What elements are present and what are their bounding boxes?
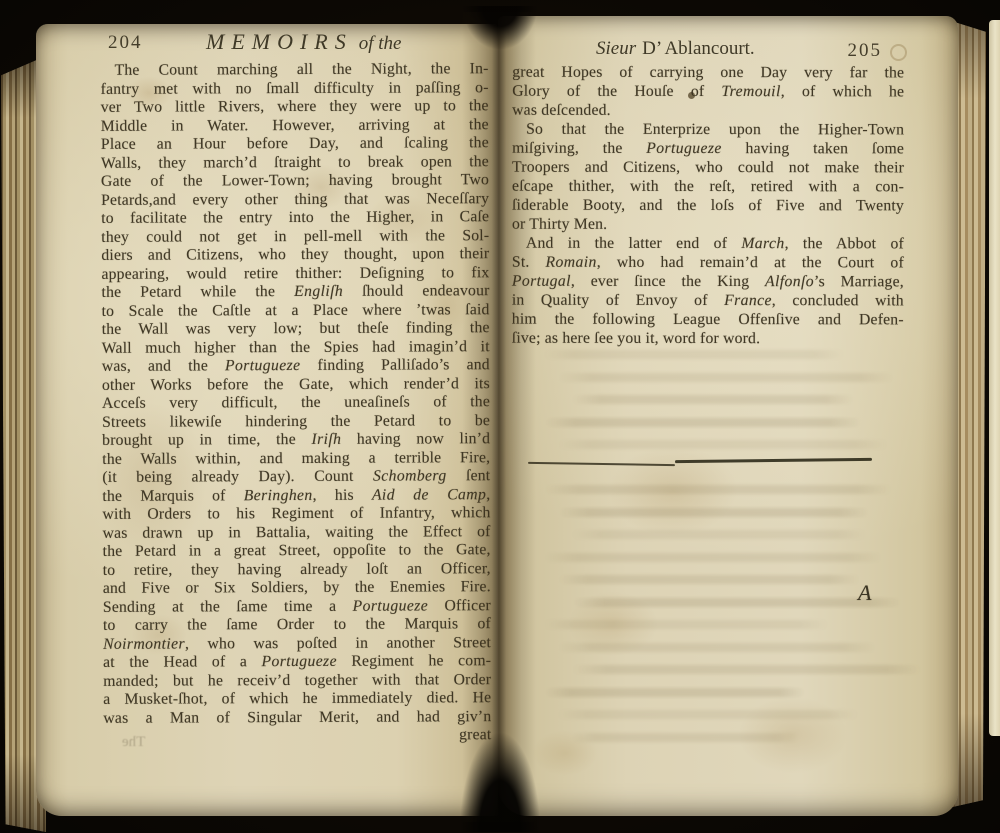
right-page: SieurD’ Ablancourt. 205 great Hopes of c… (498, 16, 958, 816)
text-line: (it being already Day). Count Schomberg … (102, 467, 490, 487)
book-scan: 204 MEMOIRS of the The Count marching al… (0, 0, 1000, 833)
showthrough-row (558, 575, 860, 584)
text-line: the Petard in a great Street, oppoſite t… (103, 541, 491, 561)
text-line: was a Man of Singular Merit, and had giv… (103, 708, 491, 728)
paper-stain (532, 730, 598, 776)
running-title-right: SieurD’ Ablancourt. (596, 38, 755, 60)
text-line: the Marquis of Beringhen, his Aid de Cam… (102, 486, 490, 506)
text-line: Petards,and every other thing that was N… (101, 190, 489, 210)
text-line: Middle in Water. However, arriving at th… (101, 116, 489, 136)
text-line: Place an Hour before Day, and ſcaling th… (101, 134, 489, 154)
showthrough-row (558, 373, 894, 382)
running-title-italic-word: Sieur (596, 38, 636, 59)
text-line: Streets likewiſe hindering the Petard to… (102, 412, 490, 432)
text-line: Walls, they march’d ſtraight to break op… (101, 153, 489, 173)
text-line: miſgiving, the Portugueze having taken ſ… (512, 139, 904, 159)
running-title-rest: D’ Ablancourt. (642, 38, 755, 59)
showthrough-lines (526, 350, 908, 755)
section-rule-left-segment (528, 462, 675, 466)
running-title-caps: MEMOIRS (206, 29, 353, 54)
signature-mark: A (858, 580, 871, 606)
showthrough-row (544, 418, 862, 427)
showthrough-row (558, 440, 888, 449)
showthrough-row (572, 530, 866, 539)
text-line: fantry met with no ſmall difficulty in p… (101, 79, 489, 99)
text-line: to carry the ſame Order to the Marquis o… (103, 615, 491, 635)
paper-stain (890, 44, 907, 61)
body-text-left: The Count marching all the Night, the In… (101, 60, 492, 746)
text-line: at the Head of a Portugueze Regiment he … (103, 652, 491, 672)
text-line: Troopers and Citizens, who could not mak… (512, 158, 904, 178)
text-line: other Works before the Gate, which rende… (102, 375, 490, 395)
running-title-tail: of the (359, 33, 402, 54)
text-line: him the following League Offenſive and D… (512, 310, 904, 330)
text-line: to Scale the Caſtle at a Place where ’tw… (102, 301, 490, 321)
showthrough-row (572, 665, 922, 674)
text-line: in Quality of Envoy of France, concluded… (512, 291, 904, 311)
text-line: eſcape thither, with the reſt, retired w… (512, 177, 904, 197)
page-number-left: 204 (108, 32, 143, 54)
text-line: Portugal, ever ſince the King Alfonſo’s … (512, 272, 904, 292)
text-line: Wall much higher than the Spies had imag… (102, 338, 490, 358)
text-line: or Thirty Men. (512, 215, 904, 235)
showthrough-row (544, 350, 844, 359)
text-line: The Count marching all the Night, the In… (101, 60, 489, 80)
showthrough-row (544, 553, 882, 562)
showthrough-text: The (122, 734, 145, 751)
text-line: they could not get in pell-mell with the… (101, 227, 489, 247)
adjacent-page-edge (989, 20, 1000, 736)
text-line: the Petard while the Engliſh ſhould ende… (101, 282, 489, 302)
text-line: Glory of the Houſe of Tremouil, of which… (512, 82, 904, 102)
text-line: was deſcended. (512, 101, 904, 121)
showthrough-row (572, 395, 854, 404)
paper-stain (568, 591, 658, 657)
text-line: appearing, would retire thither: Deſigni… (101, 264, 489, 284)
showthrough-row (544, 485, 892, 494)
left-page: 204 MEMOIRS of the The Count marching al… (36, 24, 498, 816)
body-text-right: great Hopes of carrying one Day very far… (512, 63, 904, 349)
section-rule-right-segment (675, 458, 872, 463)
text-line: was, and the Portugueze finding Palliſad… (102, 356, 490, 376)
text-line: a Musket-ſhot, of which he immediately d… (103, 689, 491, 709)
text-line: Sending at the ſame time a Portugueze Of… (103, 597, 491, 617)
showthrough-row (558, 710, 858, 719)
text-line: diers and Citizens, who they thought, up… (101, 245, 489, 265)
text-line: St. Romain, who had remain’d at the Cour… (512, 253, 904, 273)
showthrough-row (558, 643, 876, 652)
text-line: the Walls within, and making a terrible … (102, 449, 490, 469)
text-line: with Orders to his Regiment of Infantry,… (102, 504, 490, 524)
text-line: ſive; as here ſee you it, word for word. (512, 329, 904, 349)
text-line: manded; but he receiv’d together with th… (103, 671, 491, 691)
text-line: the Wall was very low; but theſe finding… (102, 319, 490, 339)
text-line: ver Two little Rivers, where they were u… (101, 97, 489, 117)
showthrough-row (572, 598, 902, 607)
page-number-right: 205 (848, 40, 883, 62)
text-line: Gate of the Lower-Town; having brought T… (101, 171, 489, 191)
text-line: brought up in time, the Iriſh having now… (102, 430, 490, 450)
text-line: ſiderable Booty, and the loſs of Five an… (512, 196, 904, 216)
showthrough-row (558, 508, 870, 517)
text-line: Noirmontier, who was poſted in another S… (103, 634, 491, 654)
showthrough-row (572, 733, 798, 742)
text-line: Acceſs very difficult, the uneaſineſs of… (102, 393, 490, 413)
text-line: great Hopes of carrying one Day very far… (512, 63, 904, 83)
running-title-left: MEMOIRS of the (206, 29, 402, 55)
text-line: to facilitate the entry into the Higher,… (101, 208, 489, 228)
text-line: was drawn up in Battalia, waiting the Ef… (103, 523, 491, 543)
showthrough-row (544, 688, 806, 697)
text-line: And in the latter end of March, the Abbo… (512, 234, 904, 254)
text-line: to retire, they having already loſt an O… (103, 560, 491, 580)
text-line: So that the Enterprize upon the Higher-T… (512, 120, 904, 140)
text-line: great (103, 726, 491, 746)
paper-stain (738, 696, 848, 774)
text-line: and Five or Six Soldiers, by the Enemies… (103, 578, 491, 598)
showthrough-row (544, 620, 828, 629)
